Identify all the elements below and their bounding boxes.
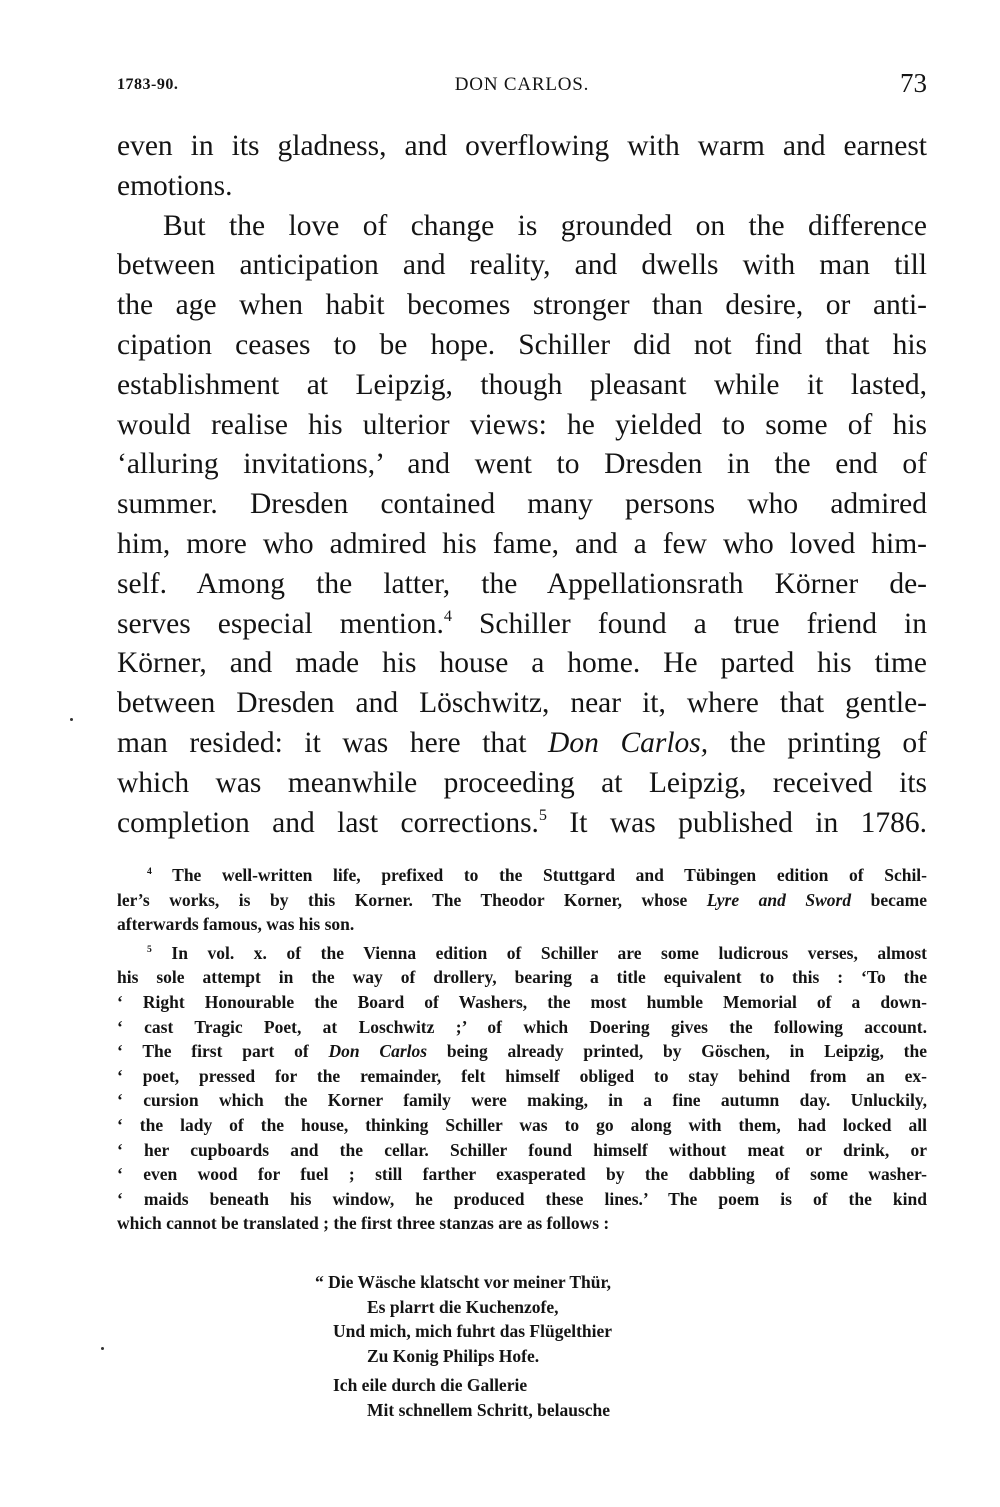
text-line: even in its gladness, and overflowing wi… xyxy=(117,127,927,167)
text-segment: became xyxy=(851,890,927,910)
text-segment: man resided: it was here that xyxy=(117,727,548,759)
text-segment: serves especial mention. xyxy=(117,608,444,640)
footnote-5-line: ‘ the lady of the house, thinking Schill… xyxy=(117,1113,927,1138)
footnote-ref-5[interactable]: 5 xyxy=(539,805,547,823)
poem-line: Mit schnellem Schritt, belausche xyxy=(315,1398,612,1423)
main-text: even in its gladness, and overflowing wi… xyxy=(117,127,927,843)
text-line: Körner, and made his house a home. He pa… xyxy=(117,644,927,684)
text-line: the age when habit becomes stronger than… xyxy=(117,286,927,326)
poem-line: Ich eile durch die Gallerie xyxy=(315,1373,612,1398)
text-line: between Dresden and Löschwitz, near it, … xyxy=(117,684,927,724)
text-line: man resided: it was here that Don Carlos… xyxy=(117,724,927,764)
text-segment: being already printed, by Göschen, in Le… xyxy=(427,1041,927,1061)
footnotes: 4 The well-written life, prefixed to the… xyxy=(117,863,927,1236)
footnote-5-line: which cannot be translated ; the first t… xyxy=(117,1211,927,1236)
footnote-4-line: afterwards famous, was his son. xyxy=(117,912,927,937)
footnote-5-line: ‘ her cupboards and the cellar. Schiller… xyxy=(117,1138,927,1163)
header-chapter-title: DON CARLOS. xyxy=(117,74,927,96)
text-line: But the love of change is grounded on th… xyxy=(117,207,927,247)
footnote-5-line: ‘ even wood for fuel ; still farther exa… xyxy=(117,1162,927,1187)
footnote-4-line: 4 The well-written life, prefixed to the… xyxy=(117,863,927,888)
text-segment: ler’s works, is by this Korner. The Theo… xyxy=(117,890,707,910)
scan-speck xyxy=(70,718,73,721)
italic-title: Don Carlos, xyxy=(548,727,708,759)
poem-line: Zu Konig Philips Hofe. xyxy=(315,1344,612,1369)
footnote-4-line: ler’s works, is by this Korner. The Theo… xyxy=(117,888,927,913)
footnote-5-line: ‘ The first part of Don Carlos being alr… xyxy=(117,1039,927,1064)
text-line: him, more who admired his fame, and a fe… xyxy=(117,525,927,565)
poem-line: “ Die Wäsche klatscht vor meiner Thür, xyxy=(315,1270,612,1295)
italic-title: Lyre and Sword xyxy=(707,890,851,910)
text-line: serves especial mention.4 Schiller found… xyxy=(117,605,927,645)
text-segment: Schiller found a true friend in xyxy=(452,608,927,640)
text-segment: It was published in 1786. xyxy=(547,807,927,839)
scan-speck xyxy=(101,1347,104,1350)
text-line: emotions. xyxy=(117,167,927,207)
poem-line: Es plarrt die Kuchenzofe, xyxy=(315,1295,612,1320)
footnote-5-line: 5 In vol. x. of the Vienna edition of Sc… xyxy=(117,941,927,966)
text-segment: completion and last corrections. xyxy=(117,807,539,839)
footnote-5-line: ‘ cast Tragic Poet, at Loschwitz ;’ of w… xyxy=(117,1015,927,1040)
footnote-5-line: ‘ cursion which the Korner family were m… xyxy=(117,1088,927,1113)
text-line: which was meanwhile proceeding at Leipzi… xyxy=(117,764,927,804)
text-line: summer. Dresden contained many persons w… xyxy=(117,485,927,525)
text-line: self. Among the latter, the Appellations… xyxy=(117,565,927,605)
footnote-5-line: his sole attempt in the way of drollery,… xyxy=(117,965,927,990)
poem-quotation: “ Die Wäsche klatscht vor meiner Thür, E… xyxy=(315,1270,612,1423)
running-header: 1783-90. DON CARLOS. 73 xyxy=(117,72,927,102)
text-line: completion and last corrections.5 It was… xyxy=(117,804,927,844)
poem-line: Und mich, mich fuhrt das Flügelthier xyxy=(315,1319,612,1344)
text-line: would realise his ulterior views: he yie… xyxy=(117,406,927,446)
text-line: establishment at Leipzig, though pleasan… xyxy=(117,366,927,406)
italic-title: Don Carlos xyxy=(328,1041,427,1061)
text-line: between anticipation and reality, and dw… xyxy=(117,246,927,286)
book-page: 1783-90. DON CARLOS. 73 even in its glad… xyxy=(0,0,1000,1507)
text-segment: The well-written life, prefixed to the S… xyxy=(152,865,927,885)
text-line: cipation ceases to be hope. Schiller did… xyxy=(117,326,927,366)
footnote-5-line: ‘ maids beneath his window, he produced … xyxy=(117,1187,927,1212)
text-segment: ‘ The first part of xyxy=(117,1041,328,1061)
footnote-5-line: ‘ Right Honourable the Board of Washers,… xyxy=(117,990,927,1015)
page-number: 73 xyxy=(900,68,927,99)
footnote-5-line: ‘ poet, pressed for the remainder, felt … xyxy=(117,1064,927,1089)
text-segment: In vol. x. of the Vienna edition of Schi… xyxy=(152,943,927,963)
text-line: ‘alluring invitations,’ and went to Dres… xyxy=(117,445,927,485)
text-segment: the printing of xyxy=(708,727,927,759)
footnote-ref-4[interactable]: 4 xyxy=(444,606,452,624)
